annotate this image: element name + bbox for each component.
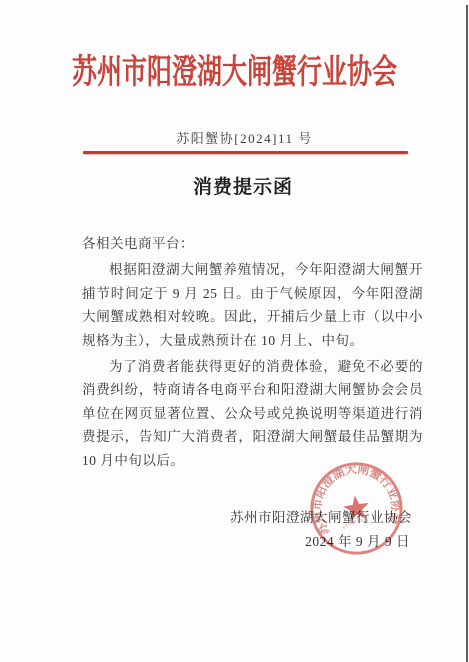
salutation-line: 各相关电商平台： (82, 232, 423, 255)
photo-edge-line (466, 5, 468, 662)
letterhead-divider-rule (83, 151, 408, 154)
letterhead-title: 苏州市阳澄湖大闸蟹行业协会 (0, 45, 469, 94)
body-paragraph: 根据阳澄湖大闸蟹养殖情况，今年阳澄湖大闸蟹开捕节时间定于 9 月 25 日。由于… (82, 258, 423, 352)
signature-date: 2024 年 9 月 9 日 (305, 530, 410, 550)
body-paragraph: 为了消费者能获得更好的消费体验，避免不必要的消费纠纷，特商请各电商平台和阳澄湖大… (82, 355, 423, 472)
letter-body: 各相关电商平台： 根据阳澄湖大闸蟹养殖情况，今年阳澄湖大闸蟹开捕节时间定于 9 … (82, 232, 423, 475)
document-number: 苏阳蟹协[2024]11 号 (20, 128, 469, 147)
signature-organization: 苏州市阳澄湖大闸蟹行业协会 (230, 506, 412, 526)
scanned-letter-page: 苏州市阳澄湖大闸蟹行业协会 苏阳蟹协[2024]11 号 消费提示函 各相关电商… (0, 0, 469, 662)
document-title: 消费提示函 (17, 172, 469, 199)
